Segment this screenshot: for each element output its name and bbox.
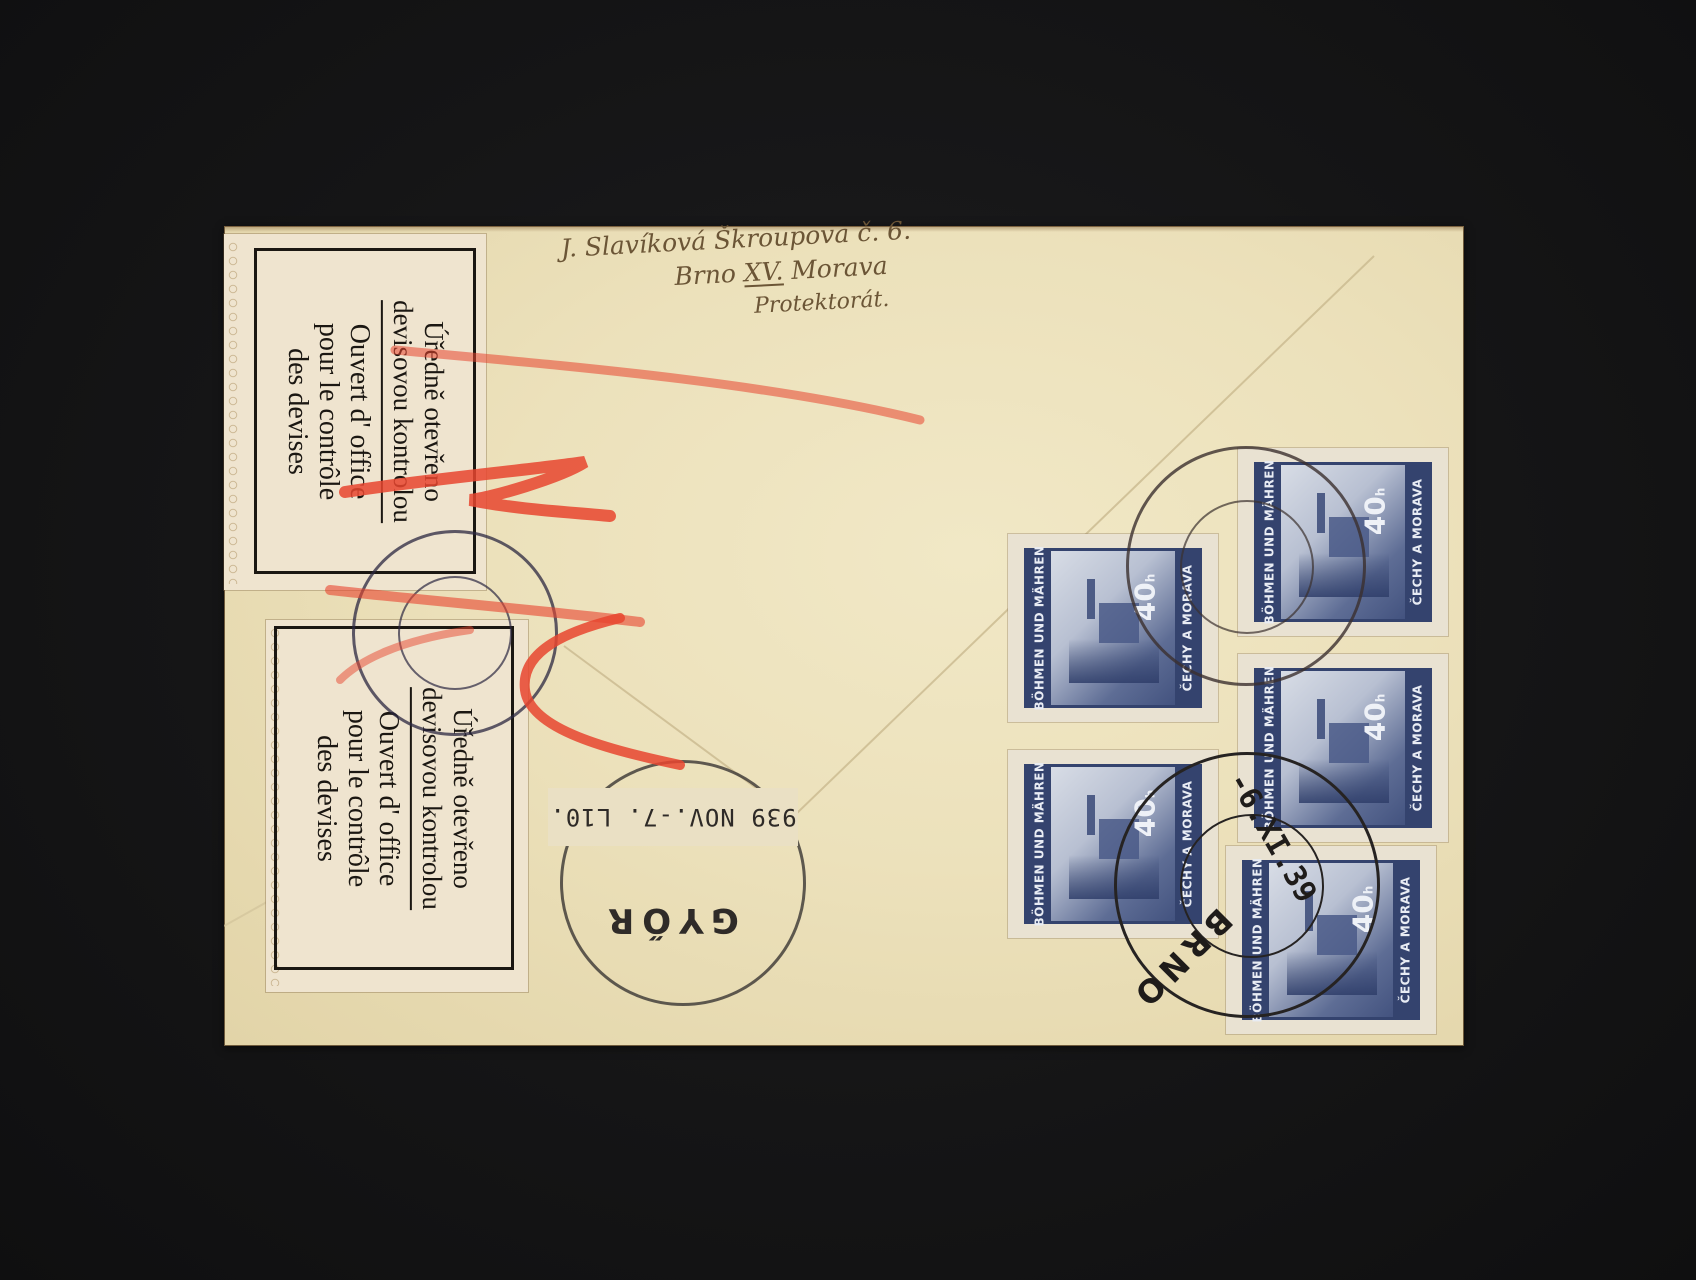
gyor-postmark-date-band: 939 NOV.-7. L10.	[548, 788, 798, 846]
sender-district: XV.	[743, 256, 784, 287]
censor-label-text: Úředně otevřeno devisovou kontrolou Ouve…	[282, 300, 449, 523]
divider	[381, 300, 383, 523]
gyor-postmark-town: GYŐR	[600, 900, 739, 940]
transit-postmark-inner-ring	[398, 576, 512, 690]
censor-label-frame: Úředně otevřeno devisovou kontrolou Ouve…	[254, 248, 476, 574]
brno-postmark-upper-inner-ring	[1180, 500, 1314, 634]
perforation	[228, 240, 238, 584]
stamp-value: 40h	[1359, 694, 1392, 742]
stamp-value: 40h	[1359, 488, 1392, 536]
